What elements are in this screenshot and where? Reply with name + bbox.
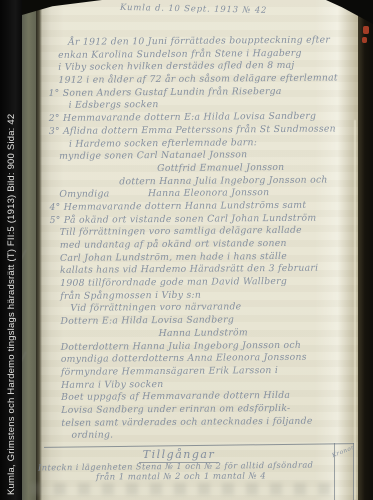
manuscript-date-header: Kumla d. 10 Sept. 1913 № 42 — [120, 3, 330, 17]
manuscript-body: År 1912 den 10 Juni förrättades boupptec… — [46, 34, 352, 443]
manuscript-line: ordning. — [49, 428, 351, 443]
manuscript-line: 3° Aflidna dottern Emma Petterssons från… — [47, 123, 349, 138]
archive-reference-bar: Kumla, Grimstens och Hardemo tingslags h… — [0, 0, 22, 500]
amount-column-line — [353, 443, 354, 500]
manuscript-line: År 1912 den 10 Juni förrättades boupptec… — [46, 34, 348, 49]
manuscript-line: 1912 i en ålder af 72 år och såsom deläg… — [46, 72, 348, 87]
asset-entry-line: Inteckn i lägenheten Stena № 1 och № 2 f… — [38, 460, 313, 473]
asset-entry-line: från 1 mantal № 2 och 1 mantal № 4 — [96, 471, 266, 482]
page-right-edge-shadow — [358, 0, 373, 500]
archive-viewer-page: { "archive_bar": { "label": "Kumla, Grim… — [0, 0, 373, 500]
red-bookmark-speck — [363, 26, 369, 34]
red-bookmark-speck — [362, 37, 367, 43]
manuscript-line: omyndiga dotterdotterns Anna Eleonora Jo… — [49, 352, 351, 367]
archive-reference-label: Kumla, Grimstens och Hardemo tingslags h… — [1, 0, 23, 500]
manuscript-content: Kumla d. 10 Sept. 1913 № 42 År 1912 den … — [38, 0, 360, 500]
